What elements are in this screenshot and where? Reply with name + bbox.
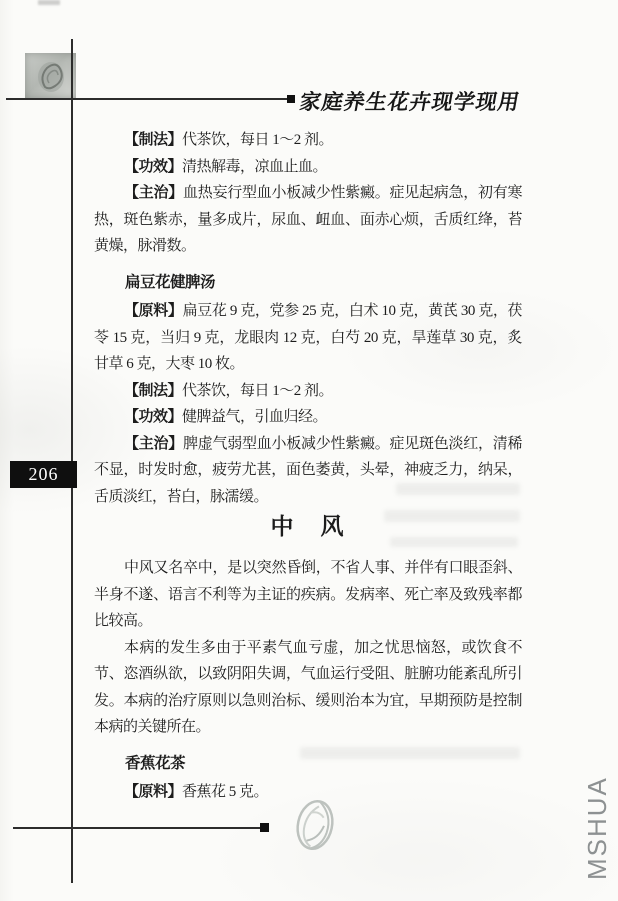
- field-text: 健脾益气，引血归经。: [182, 409, 327, 425]
- page-number: 206: [29, 464, 59, 485]
- field-text: 代茶饮，每日 1～2 剂。: [182, 383, 333, 399]
- field-label: 【功效】: [124, 159, 182, 175]
- header-rule: [6, 98, 288, 100]
- field-label: 【原料】: [124, 784, 182, 800]
- page-number-badge: 206: [10, 461, 77, 488]
- recipe-title: 扁豆花健脾汤: [94, 270, 522, 297]
- field-label: 【功效】: [124, 409, 182, 425]
- bleed-through-mark: [300, 747, 520, 759]
- field-text: 香蕉花 5 克。: [182, 784, 268, 800]
- shell-photo-icon: [25, 53, 76, 98]
- field-label: 【原料】: [124, 303, 183, 319]
- bleed-through-mark: [390, 537, 518, 547]
- main-text-column: 【制法】代茶饮，每日 1～2 剂。 【功效】清热解毒，凉血止血。 【主治】血热妄…: [94, 127, 522, 806]
- field-label: 【主治】: [124, 185, 183, 201]
- header-rule-bullet: [287, 95, 295, 103]
- scan-smudge: [38, 0, 60, 5]
- field-text: 清热解毒，凉血止血。: [182, 159, 327, 175]
- footer-rule-bullet: [260, 823, 269, 832]
- chapter-paragraph: 本病的发生多由于平素气血亏虚，加之忧思恼怒，或饮食不节、恣酒纵欲，以致阴阳失调，…: [94, 635, 522, 741]
- bleed-through-mark: [384, 510, 520, 522]
- field-effect: 【功效】健脾益气，引血归经。: [94, 404, 522, 431]
- field-label: 【主治】: [124, 436, 183, 452]
- field-indication: 【主治】脾虚气弱型血小板减少性紫癜。症见斑色淡红，清稀不显，时发时愈，疲劳尤甚，…: [94, 431, 522, 511]
- shell-watermark-icon: [286, 794, 344, 856]
- shell-photo-glyph: [25, 53, 76, 98]
- footer-rule: [13, 827, 263, 829]
- field-method: 【制法】代茶饮，每日 1～2 剂。: [94, 378, 522, 405]
- field-ingredients: 【原料】扁豆花 9 克，党参 25 克，白术 10 克，黄芪 30 克，茯苓 1…: [94, 298, 522, 378]
- chapter-paragraph: 中风又名卒中，是以突然昏倒，不省人事、并伴有口眼歪斜、半身不遂、语言不利等为主证…: [94, 555, 522, 635]
- field-effect: 【功效】清热解毒，凉血止血。: [94, 154, 522, 181]
- field-label: 【制法】: [124, 132, 182, 148]
- field-text: 代茶饮，每日 1～2 剂。: [182, 132, 333, 148]
- running-head-book-title: 家庭养生花卉现学现用: [297, 86, 542, 116]
- bleed-through-mark: [396, 483, 520, 495]
- field-method: 【制法】代茶饮，每日 1～2 剂。: [94, 127, 522, 154]
- field-indication: 【主治】血热妄行型血小板减少性紫癜。症见起病急，初有寒热，斑色紫赤，量多成片，尿…: [94, 180, 522, 260]
- publisher-watermark: MSHUA: [582, 788, 612, 880]
- field-label: 【制法】: [124, 383, 182, 399]
- scanned-book-page: 家庭养生花卉现学现用 206 【制法】代茶饮，每日 1～2 剂。 【功效】清热解…: [0, 0, 618, 901]
